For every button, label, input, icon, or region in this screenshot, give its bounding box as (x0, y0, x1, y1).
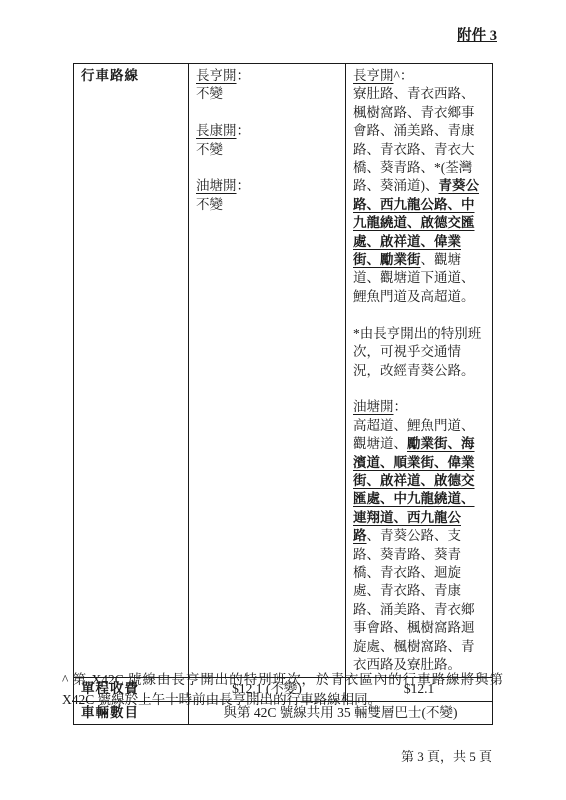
text-block: 不變 (196, 85, 338, 103)
text-segment: ： (394, 399, 408, 414)
text-block: 油塘開： (353, 398, 485, 416)
text-block: *由長亨開出的特別班次，可視乎交通情況，改經青葵公路。 (353, 325, 485, 380)
text-block: 不變 (196, 141, 338, 159)
text-block: 不變 (196, 196, 338, 214)
blank-line (196, 104, 338, 122)
blank-line (353, 380, 485, 398)
text-segment: 不變 (196, 197, 223, 212)
text-block: 長亨開： (196, 67, 338, 85)
appendix-label: 附件 3 (457, 24, 497, 45)
text-segment: 長亨開 (196, 68, 237, 83)
route-cell-unchanged: 長亨開：不變 長康開：不變 油塘開：不變 (189, 64, 346, 678)
text-segment: 油塘開 (196, 178, 237, 193)
text-block: 長康開： (196, 122, 338, 140)
table-row-route: 行車路線 長亨開：不變 長康開：不變 油塘開：不變 長亨開^：寮肚路、青衣西路、… (74, 64, 493, 678)
text-block: 長亨開^： (353, 67, 485, 85)
document-page: 附件 3 行車路線 長亨開：不變 長康開：不變 油塘開：不變 長亨開^：寮肚路、… (0, 0, 566, 800)
text-segment: ： (237, 68, 251, 83)
text-segment: 長亨開 (353, 68, 394, 83)
footnote-text: ^ 第 X42C 號線由長亨開出的特別班次，於青衣區內的行車路線將與第 X42C… (62, 670, 503, 709)
route-cell-detail: 長亨開^：寮肚路、青衣西路、楓樹窩路、青衣鄉事會路、涌美路、青康路、青衣路、青衣… (346, 64, 493, 678)
row-header-route: 行車路線 (74, 64, 189, 678)
text-segment: 長康開 (196, 123, 237, 138)
text-segment: ： (237, 123, 251, 138)
text-segment: 、青葵公路、支路、葵青路、葵青橋、青衣路、迴旋處、青衣路、青康路、涌美路、青衣鄉… (353, 528, 475, 672)
route-info-table: 行車路線 長亨開：不變 長康開：不變 油塘開：不變 長亨開^：寮肚路、青衣西路、… (73, 63, 493, 725)
text-segment: ^： (394, 68, 414, 83)
text-segment: *由長亨開出的特別班次，可視乎交通情況，改經青葵公路。 (353, 326, 481, 378)
text-segment: 油塘開 (353, 399, 394, 414)
text-block: 寮肚路、青衣西路、楓樹窩路、青衣鄉事會路、涌美路、青康路、青衣路、青衣大橋、葵青… (353, 85, 485, 306)
text-block: 油塘開： (196, 177, 338, 195)
text-segment: 不變 (196, 86, 223, 101)
page-number: 第 3 頁，共 5 頁 (401, 746, 492, 765)
blank-line (353, 306, 485, 324)
text-segment: 不變 (196, 142, 223, 157)
text-block: 高超道、鯉魚門道、觀塘道、勵業街、海濱道、順業街、偉業街、啟祥道、啟德交匯處、中… (353, 417, 485, 675)
text-segment: ： (237, 178, 251, 193)
blank-line (196, 159, 338, 177)
